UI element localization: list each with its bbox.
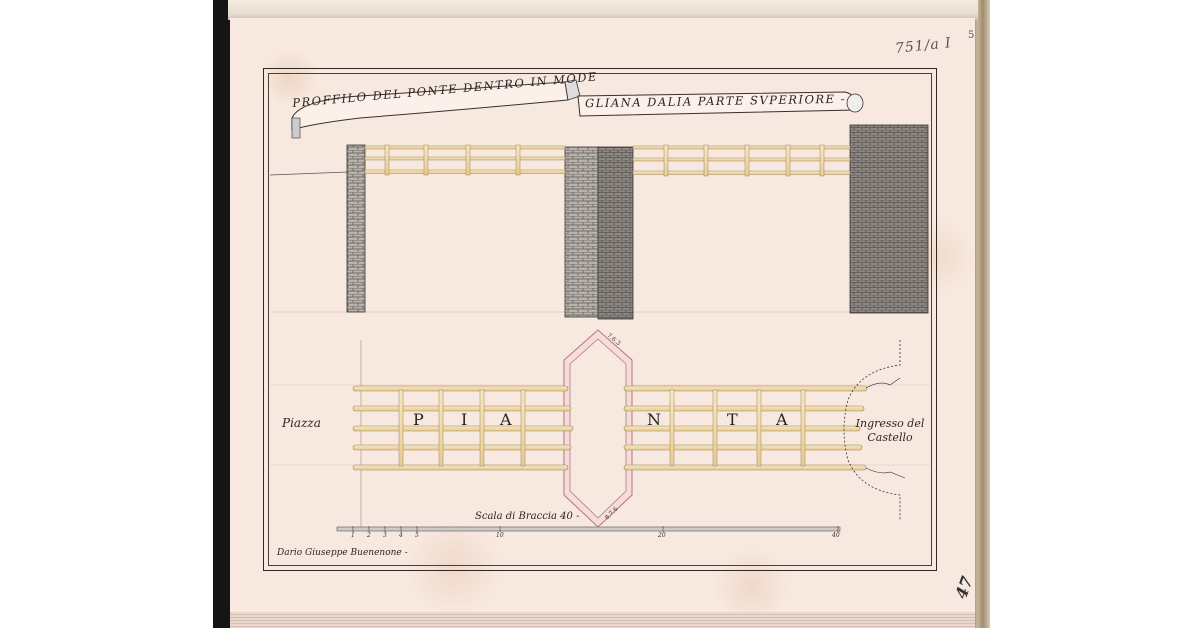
elevation-railing-left	[365, 145, 565, 175]
scale-tick: 2	[367, 532, 371, 539]
author-signature: Dario Giuseppe Buenenone -	[277, 548, 408, 558]
elevation-railing-right	[633, 145, 850, 176]
scale-bar	[337, 526, 840, 532]
scale-tick: 4	[399, 532, 403, 539]
right-wall	[850, 125, 928, 313]
plan-letter: A	[776, 410, 788, 429]
plan-letter: T	[727, 410, 738, 429]
label-castle-entrance: Ingresso del Castello	[855, 417, 925, 445]
plan-letter: I	[461, 410, 467, 429]
scale-label: Scala di Braccia 40 -	[475, 511, 579, 522]
plan-letter: N	[647, 410, 661, 429]
bridge-drawing	[0, 0, 1200, 628]
plan-letter: A	[500, 410, 512, 429]
central-pier-front	[565, 147, 600, 317]
central-pier-side	[598, 147, 633, 319]
plan-letter: P	[413, 410, 424, 429]
scale-tick: 1	[351, 532, 355, 539]
scale-tick: 20	[658, 532, 666, 539]
left-abutment	[347, 145, 365, 312]
label-piazza: Piazza	[282, 416, 321, 430]
label-castle-entrance-line1: Ingresso del	[855, 417, 925, 431]
scale-tick: 10	[496, 532, 504, 539]
label-castle-entrance-line2: Castello	[855, 431, 925, 445]
scale-tick: 3	[383, 532, 387, 539]
scale-tick: 40	[832, 532, 840, 539]
scale-tick: 5	[415, 532, 419, 539]
folio-number-top: 5	[968, 30, 974, 41]
